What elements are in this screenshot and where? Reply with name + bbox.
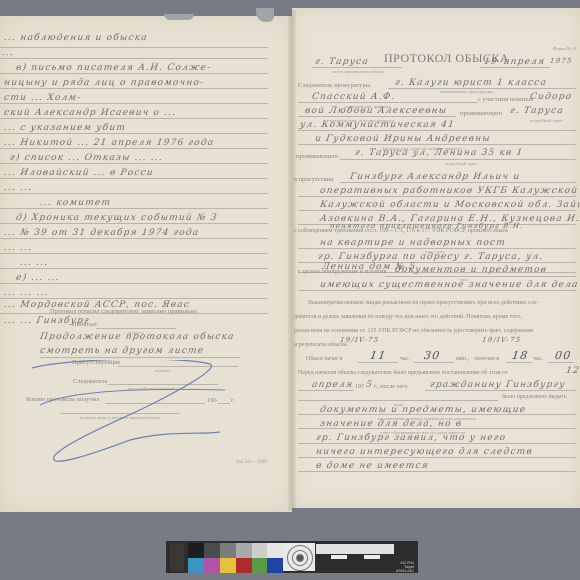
swatch-gray-3 [220, 543, 236, 558]
date-month: апреля [503, 57, 546, 67]
witness-2-name: и Гудковой Ирины Андреевны [314, 134, 491, 144]
handwritten-line: ... Иловайский ... в Росси [3, 168, 154, 178]
resolution-year-prefix: 197 [355, 384, 364, 390]
purpose-value: документов и предметов [394, 265, 548, 275]
handwritten-line: ницыну и ряда лиц о правомочно- [3, 78, 205, 88]
handwritten-note: Продолжение протокола обыска [39, 332, 235, 342]
presence-line: Гинзбург Александр Ильич и [349, 172, 521, 182]
address-caption-2: подробный адрес [445, 161, 478, 166]
page-fold [288, 10, 296, 510]
scale-bar [364, 555, 380, 559]
presence-line: оперативных работников УКГБ Калужской [319, 186, 578, 196]
copy-year-suffix: г. [231, 397, 235, 404]
rights-text: Вышеперечисленным лицам разъяснено их пр… [308, 300, 539, 306]
residing-value: г. Таруса [509, 106, 564, 116]
focus-target [283, 543, 315, 571]
swatch-gray-1 [188, 543, 204, 558]
place-caption: место производства обыска [332, 69, 385, 74]
handwritten-line: ... ... [19, 258, 49, 268]
swatch-red [236, 558, 252, 573]
investigator-name: Спасский А.Ф. [311, 92, 396, 102]
residing-label: проживающего [460, 110, 502, 117]
swatch-gray-2 [204, 543, 220, 558]
witnesses-label: Понятые: [72, 321, 98, 328]
date-day: 19 [483, 57, 498, 67]
date-year: 1975 [549, 57, 573, 65]
handwritten-line: г) список ... Отказы ... ... [9, 153, 163, 163]
handwritten-line: ... Никитой ... 21 апреля 1976 года [3, 138, 215, 148]
search-where: на квартире и надворных пост [319, 238, 506, 248]
handwritten-line: ... № 39 от 31 декабря 1974 года [3, 228, 200, 238]
handwritten-line: ... ... ... [3, 288, 49, 298]
swatch-black [170, 543, 184, 571]
investigator-value: г. Калуги юрист 1 класса [394, 78, 547, 88]
witness-1-surname: Сидоро [529, 92, 573, 102]
handwritten-line: сти ... Холм- [3, 93, 82, 103]
rights-text: дователя и делать заявления по поводу те… [294, 314, 522, 320]
handwritten-line: ... ... [3, 183, 33, 193]
start-hour: 11 [369, 349, 387, 362]
resolution-month: апреля [311, 380, 354, 390]
after-value: гражданину Гинзбургу [429, 380, 566, 390]
answer-line: гр. Гинзбург заявил, что у него [315, 433, 507, 443]
offer-label: было предложено выдать [502, 394, 567, 400]
after-label: г., после чего [374, 384, 407, 390]
prosecutor-caption: наименование прокуратуры [440, 89, 493, 94]
swatch-yellow [220, 558, 236, 573]
search-start-label: Обыск начат в [306, 356, 343, 362]
scale-bar [331, 555, 347, 559]
answer-line: в доме не имеется [315, 461, 429, 471]
hours-label: час. [400, 356, 410, 362]
handwritten-line: ... [1, 48, 15, 58]
search-whom: гр. Гинзбурга по адресу г. Таруса, ул. [317, 252, 544, 262]
rights-text: разъяснена на основании ст. 135 УПК РСФС… [294, 328, 534, 334]
witness-2-address: г. Таруса ул. Ленина 35 кв 1 [354, 148, 524, 158]
end-hour: 18 [511, 349, 529, 362]
scale-ruler [316, 544, 394, 554]
investigator-label: Следователь прокуратуры [298, 82, 370, 89]
swatch-cyan [188, 558, 204, 573]
swatch-green [252, 558, 268, 573]
statute-text: с соблюдением требований ст.ст. 169—171,… [294, 228, 508, 234]
handwritten-line: ... комитет [39, 198, 111, 208]
start-date-note: 19/IV-75 [339, 336, 379, 344]
form-number: Форма № 31 [553, 46, 577, 51]
handwritten-line: д) Хроника текущих событий № 3 [15, 213, 218, 223]
address-caption: подробный адрес [530, 118, 563, 123]
handwritten-line: ... наблюдения и обыска [3, 33, 148, 43]
color-calibration-target: AIC PhD Target US911.A4C [166, 541, 418, 573]
answer-line: ничего интересующего для следств [315, 447, 533, 457]
residing-label-2: проживающего [296, 153, 338, 160]
paper-tear [164, 14, 194, 20]
target-label: AIC PhD Target US911.A4C [392, 561, 414, 573]
start-min: 30 [423, 349, 441, 362]
resolution-text: Перед началом обыска следователем было п… [298, 370, 508, 376]
resolution-day: 12 [565, 366, 580, 376]
handwritten-line: в) письмо писателя А.И. Солже- [15, 63, 212, 73]
end-hours-label: час. [533, 356, 543, 362]
minutes-label: мин., [456, 356, 469, 362]
handwritten-line: ... с указанием убит [3, 123, 126, 133]
ended-label: окончен в [474, 356, 499, 362]
handwritten-line: ский Александр Исаевич о ... [3, 108, 177, 118]
purpose-label: с целью обнаружения и изъятия [298, 268, 386, 275]
purpose-value-2: имеющих существенное значение для дела [319, 280, 579, 290]
swatch-gray-6 [267, 543, 283, 558]
print-code: Зак 341—1968 [236, 460, 267, 465]
swatch-gray-5 [252, 543, 268, 558]
end-min: 00 [554, 349, 572, 362]
swatch-gray-4 [236, 543, 252, 558]
swatch-magenta [204, 558, 220, 573]
handwritten-note: смотреть на другом листе [39, 346, 205, 356]
read-confirmation-text: Протокол огласил следователем, записано … [50, 308, 199, 315]
handwritten-line: е) ... ... [15, 273, 60, 283]
with-witnesses-label: с участием понятых [478, 96, 533, 103]
presence-line: Калужской области и Московской обл. Зайц [319, 200, 580, 210]
place-value: г. Таруса [314, 57, 369, 67]
witness-1-address: ул. Коммунистическая 41 [299, 120, 455, 130]
presence-label: в присутствии [294, 176, 334, 183]
swatch-blue [267, 558, 283, 573]
witness-1-name: вой Любови Алексеевны [304, 106, 448, 116]
end-date-note: 19/IV-75 [481, 336, 521, 344]
handwritten-line: ... ... [3, 243, 33, 253]
resolution-year-suffix: 5 [365, 380, 373, 390]
signature-scribble [30, 360, 230, 470]
